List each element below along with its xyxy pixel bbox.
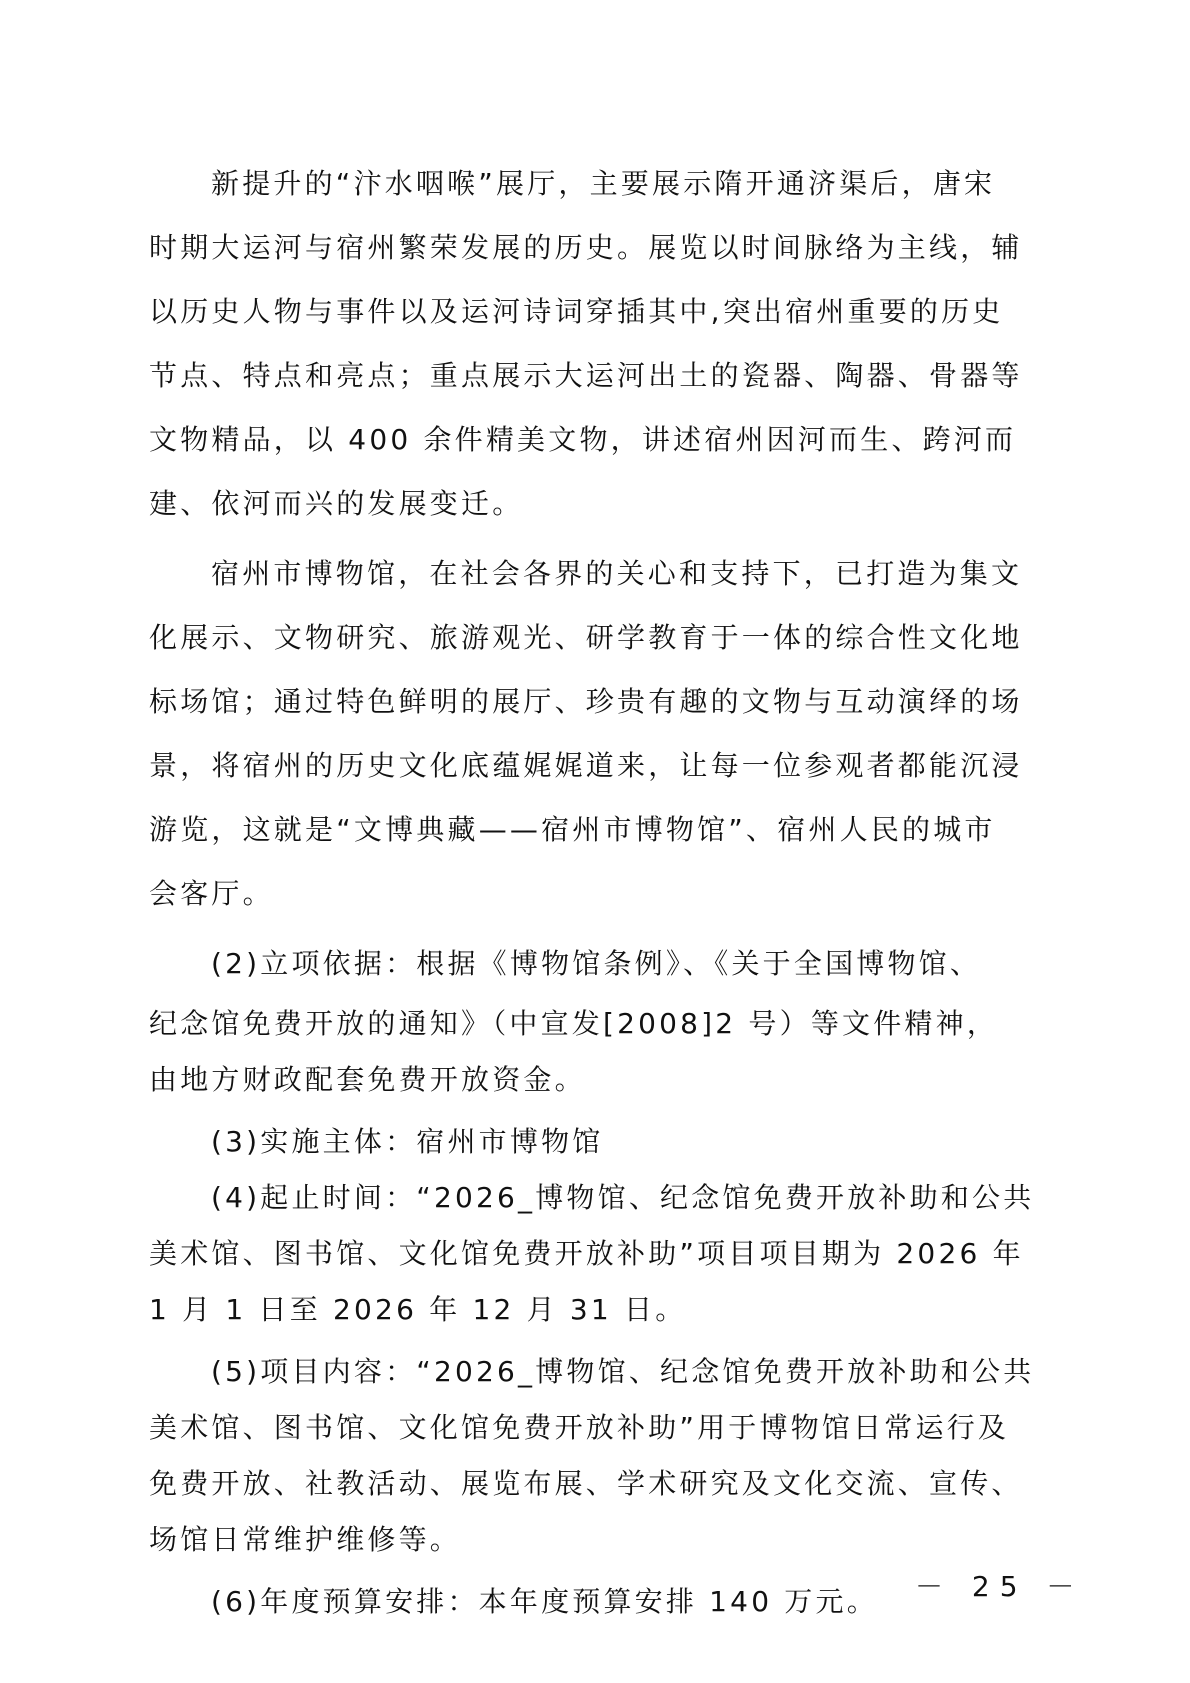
- paragraph-exhibition-hall: 新提升的“汴水咽喉”展厅，主要展示隋开通济渠后，唐宋 时期大运河与宿州繁荣发展的…: [149, 152, 1029, 536]
- text-line: 景，将宿州的历史文化底蕴娓娓道来，让每一位参观者都能沉浸: [149, 734, 1029, 798]
- page-number: － 25 －: [915, 1565, 1084, 1605]
- paragraph-annual-budget: (6)年度预算安排：本年度预算安排 140 万元。: [149, 1574, 1029, 1630]
- text-line: 建、依河而兴的发展变迁。: [149, 472, 1029, 536]
- document-page: 新提升的“汴水咽喉”展厅，主要展示隋开通济渠后，唐宋 时期大运河与宿州繁荣发展的…: [0, 0, 1190, 1683]
- paragraph-museum-overview: 宿州市博物馆，在社会各界的关心和支持下，已打造为集文 化展示、文物研究、旅游观光…: [149, 542, 1029, 926]
- text-line: 由地方财政配套免费开放资金。: [149, 1052, 1029, 1108]
- text-line: 新提升的“汴水咽喉”展厅，主要展示隋开通济渠后，唐宋: [149, 152, 1029, 216]
- text-line: 以历史人物与事件以及运河诗词穿插其中,突出宿州重要的历史: [149, 280, 1029, 344]
- text-line: 纪念馆免费开放的通知》（中宣发[2008]2 号）等文件精神，: [149, 996, 1029, 1052]
- text-line: 标场馆；通过特色鲜明的展厅、珍贵有趣的文物与互动演绎的场: [149, 670, 1029, 734]
- text-line: (6)年度预算安排：本年度预算安排 140 万元。: [149, 1574, 1029, 1630]
- paragraph-project-content: (5)项目内容：“2026_博物馆、纪念馆免费开放补助和公共 美术馆、图书馆、文…: [149, 1344, 1029, 1568]
- text-line: 1 月 1 日至 2026 年 12 月 31 日。: [149, 1282, 1029, 1338]
- text-line: (2)立项依据：根据《博物馆条例》、《关于全国博物馆、: [149, 932, 1029, 996]
- text-line: 免费开放、社教活动、展览布展、学术研究及文化交流、宣传、: [149, 1456, 1029, 1512]
- text-line: 美术馆、图书馆、文化馆免费开放补助”用于博物馆日常运行及: [149, 1400, 1029, 1456]
- text-line: (3)实施主体：宿州市博物馆: [149, 1114, 1029, 1170]
- text-line: (5)项目内容：“2026_博物馆、纪念馆免费开放补助和公共: [149, 1344, 1029, 1400]
- text-line: 宿州市博物馆，在社会各界的关心和支持下，已打造为集文: [149, 542, 1029, 606]
- text-line: 会客厅。: [149, 862, 1029, 926]
- text-line: 化展示、文物研究、旅游观光、研学教育于一体的综合性文化地: [149, 606, 1029, 670]
- text-line: (4)起止时间：“2026_博物馆、纪念馆免费开放补助和公共: [149, 1170, 1029, 1226]
- paragraph-project-period: (4)起止时间：“2026_博物馆、纪念馆免费开放补助和公共 美术馆、图书馆、文…: [149, 1170, 1029, 1338]
- text-line: 文物精品，以 400 余件精美文物，讲述宿州因河而生、跨河而: [149, 408, 1029, 472]
- text-line: 美术馆、图书馆、文化馆免费开放补助”项目项目期为 2026 年: [149, 1226, 1029, 1282]
- text-line: 节点、特点和亮点；重点展示大运河出土的瓷器、陶器、骨器等: [149, 344, 1029, 408]
- paragraph-implementing-body: (3)实施主体：宿州市博物馆: [149, 1114, 1029, 1170]
- paragraph-project-basis: (2)立项依据：根据《博物馆条例》、《关于全国博物馆、 纪念馆免费开放的通知》（…: [149, 932, 1029, 1108]
- document-body: 新提升的“汴水咽喉”展厅，主要展示隋开通济渠后，唐宋 时期大运河与宿州繁荣发展的…: [149, 152, 1029, 1630]
- text-line: 时期大运河与宿州繁荣发展的历史。展览以时间脉络为主线，辅: [149, 216, 1029, 280]
- text-line: 场馆日常维护维修等。: [149, 1512, 1029, 1568]
- text-line: 游览，这就是“文博典藏——宿州市博物馆”、宿州人民的城市: [149, 798, 1029, 862]
